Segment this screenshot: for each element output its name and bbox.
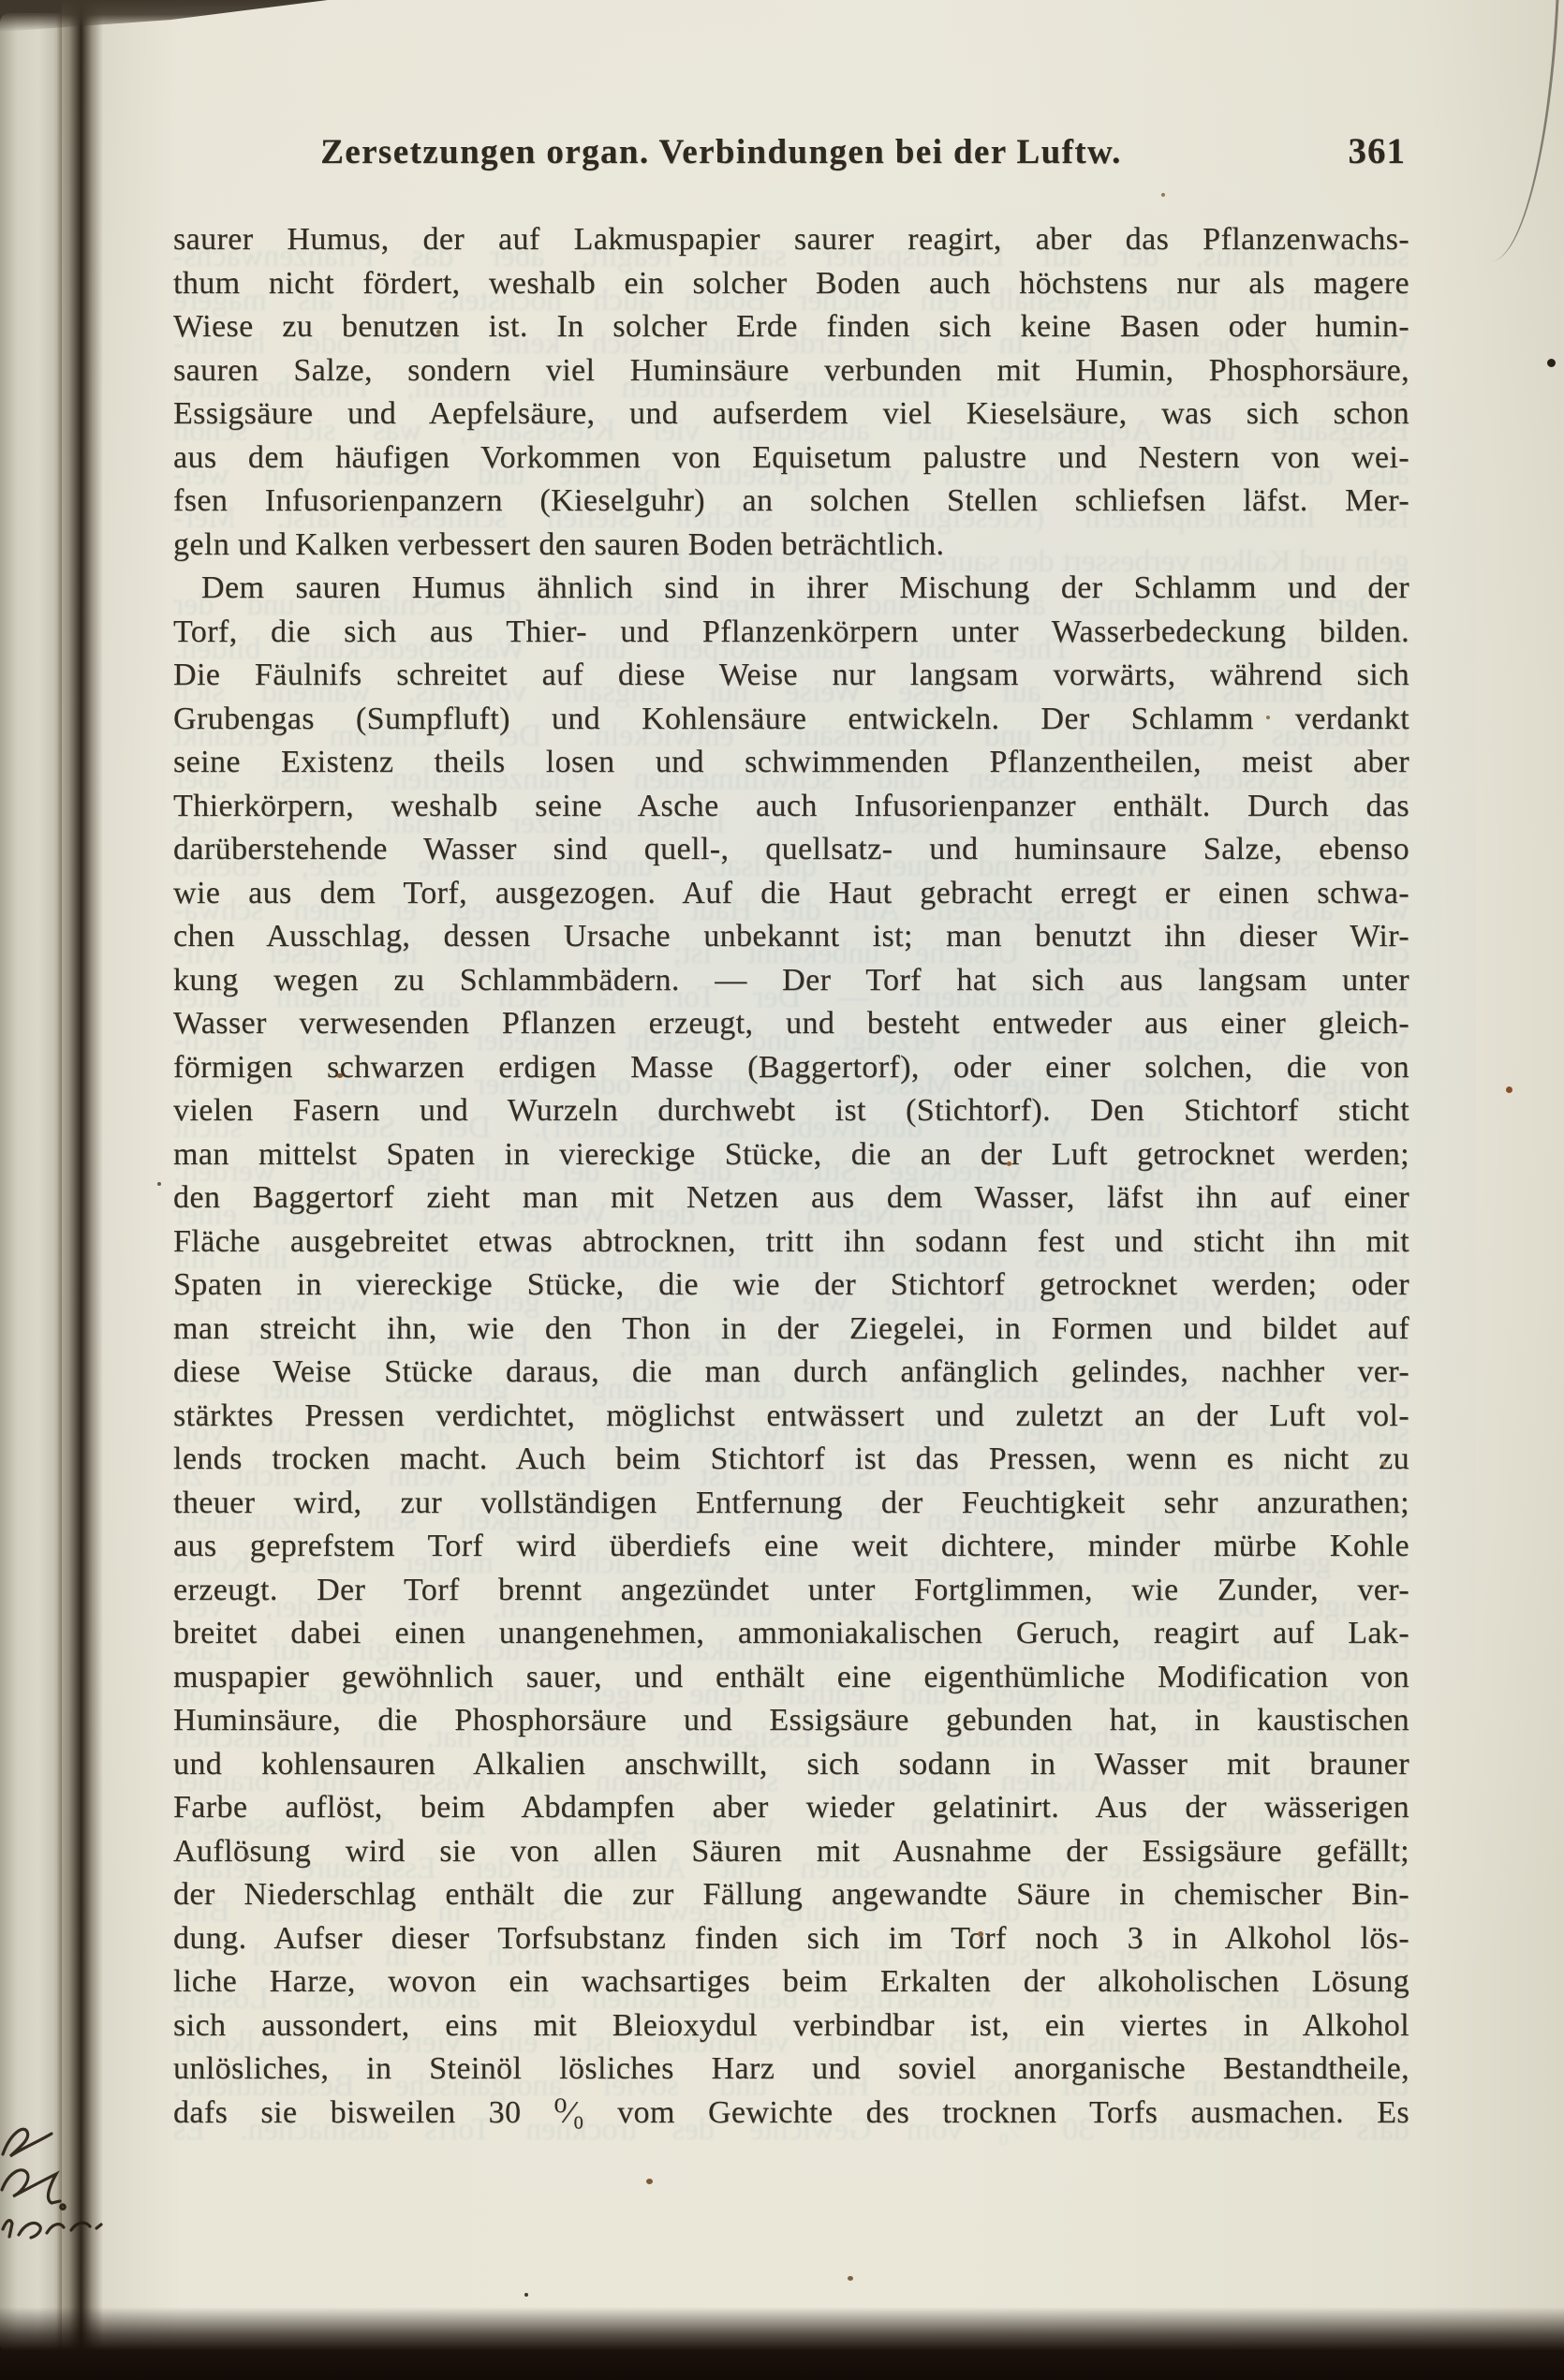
page-header: Zersetzungen organ. Verbindungen bei der… bbox=[173, 132, 1409, 181]
text-line: theuer wird, zur vollständigen Entfernun… bbox=[173, 1482, 1409, 1526]
facing-page-edge bbox=[0, 13, 62, 2352]
text-line: diese Weise Stücke daraus, die man durch… bbox=[173, 1351, 1409, 1395]
text-line: Essigsäure und Aepfelsäure, und aufserde… bbox=[173, 392, 1409, 436]
text-line: man streicht ihn, wie den Thon in der Zi… bbox=[173, 1308, 1409, 1352]
text-line: fsen Infusorienpanzern (Kieselguhr) an s… bbox=[173, 480, 1409, 524]
text-line: Auflösung wird sie von allen Säuren mit … bbox=[173, 1830, 1409, 1874]
handwritten-marginalia bbox=[0, 2115, 112, 2279]
text-line: den Baggertorf zieht man mit Netzen aus … bbox=[173, 1176, 1409, 1220]
text-line: förmigen schwarzen erdigen Masse (Bagger… bbox=[173, 1046, 1409, 1090]
text-line: Thierkörpern, weshalb seine Asche auch I… bbox=[173, 785, 1409, 829]
text-line: saurer Humus, der auf Lakmuspapier saure… bbox=[173, 218, 1409, 262]
text-line: Wiese zu benutzen ist. In solcher Erde f… bbox=[173, 305, 1409, 349]
text-line: chen Ausschlag, dessen Ursache unbekannt… bbox=[173, 915, 1409, 959]
text-line: der Niederschlag enthält die zur Fällung… bbox=[173, 1873, 1409, 1917]
page-number: 361 bbox=[1349, 130, 1407, 172]
text-line: Farbe auflöst, beim Abdampfen aber wiede… bbox=[173, 1786, 1409, 1830]
text-line: unlösliches, in Steinöl lösliches Harz u… bbox=[173, 2047, 1409, 2092]
text-line: Fläche ausgebreitet etwas abtrocknen, tr… bbox=[173, 1220, 1409, 1264]
text-line: Torf, die sich aus Thier- und Pflanzenkö… bbox=[173, 611, 1409, 655]
text-line: dung. Aufser dieser Torfsubstanz finden … bbox=[173, 1917, 1409, 1961]
text-line: sauren Salze, sondern viel Huminsäure ve… bbox=[173, 349, 1409, 393]
text-line: geln und Kalken verbessert den sauren Bo… bbox=[173, 524, 1409, 568]
text-line: man mittelst Spaten in viereckige Stücke… bbox=[173, 1133, 1409, 1177]
text-line: darüberstehende Wasser sind quell-, quel… bbox=[173, 828, 1409, 872]
book-scan: saurer Humus, der auf Lakmuspapier saure… bbox=[0, 0, 1564, 2380]
text-line: seine Existenz theils losen und schwimme… bbox=[173, 741, 1409, 785]
text-line: aus dem häufigen Vorkommen von Equisetum… bbox=[173, 436, 1409, 480]
text-line: muspapier gewöhnlich sauer, und enthält … bbox=[173, 1656, 1409, 1700]
text-line: wie aus dem Torf, ausgezogen. Auf die Ha… bbox=[173, 872, 1409, 916]
text-line: stärktes Pressen verdichtet, möglichst e… bbox=[173, 1395, 1409, 1439]
text-line: kung wegen zu Schlammbädern. — Der Torf … bbox=[173, 959, 1409, 1003]
text-line: aus geprefstem Torf wird überdiefs eine … bbox=[173, 1525, 1409, 1569]
text-line: sich aussondert, eins mit Bleioxydul ver… bbox=[173, 2004, 1409, 2048]
text-line: Wasser verwesenden Pflanzen erzeugt, und… bbox=[173, 1002, 1409, 1046]
body-text: saurer Humus, der auf Lakmuspapier saure… bbox=[173, 218, 1409, 2135]
scan-bottom-shadow bbox=[0, 2307, 1564, 2380]
text-line: Grubengas (Sumpfluft) und Kohlensäure en… bbox=[173, 698, 1409, 742]
text-line: erzeugt. Der Torf brennt angezündet unte… bbox=[173, 1569, 1409, 1613]
text-line: und kohlensauren Alkalien anschwillt, si… bbox=[173, 1743, 1409, 1787]
text-line: Spaten in viereckige Stücke, die wie der… bbox=[173, 1264, 1409, 1308]
text-line: Die Fäulnifs schreitet auf diese Weise n… bbox=[173, 654, 1409, 698]
text-line: lends trocken macht. Auch beim Stichtorf… bbox=[173, 1438, 1409, 1482]
text-line: thum nicht fördert, weshalb ein solcher … bbox=[173, 262, 1409, 306]
text-line: Huminsäure, die Phosphorsäure und Essigs… bbox=[173, 1699, 1409, 1743]
text-line: liche Harze, wovon ein wachsartiges beim… bbox=[173, 1960, 1409, 2004]
gutter-shadow bbox=[54, 0, 103, 2380]
running-title: Zersetzungen organ. Verbindungen bei der… bbox=[173, 132, 1409, 172]
text-line: vielen Fasern und Wurzeln durchwebt ist … bbox=[173, 1089, 1409, 1133]
text-line: Dem sauren Humus ähnlich sind in ihrer M… bbox=[173, 567, 1409, 611]
text-line: dafs sie bisweilen 30 ⁰⁄₀ vom Gewichte d… bbox=[173, 2092, 1409, 2136]
text-line: breitet dabei einen unangenehmen, ammoni… bbox=[173, 1612, 1409, 1656]
